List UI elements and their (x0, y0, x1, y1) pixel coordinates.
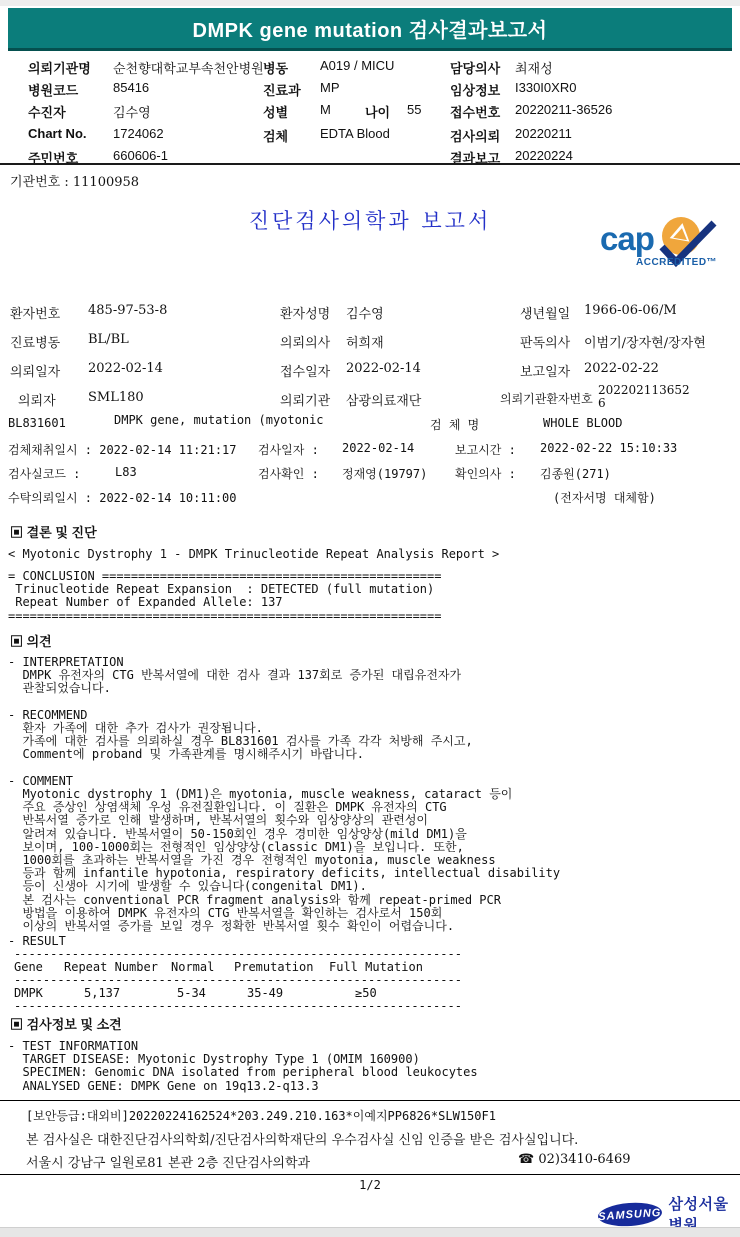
patient-value: 2022-02-14 (88, 361, 163, 376)
conclusion-text: = CONCLUSION ===========================… (8, 570, 441, 623)
field-label-sex: 성별 (263, 102, 288, 121)
specimen-name-value: WHOLE BLOOD (543, 416, 622, 430)
field-value-specimen-type: EDTA Blood (320, 126, 390, 141)
cap-accredited-logo: cap ACCREDITED™ (600, 220, 732, 278)
field-label-chart-no: Chart No. (28, 126, 87, 141)
confirm-doctor-label: 확인의사 : (455, 465, 516, 482)
field-value-examinee: 김수영 (113, 102, 151, 121)
conclusion-subtitle: < Myotonic Dystrophy 1 - DMPK Trinucleot… (8, 547, 499, 561)
patient-value: SML180 (88, 390, 144, 405)
footer-divider-line (0, 1100, 740, 1101)
result-repeat-number: 5,137 (84, 986, 120, 1000)
section-heading-opinion: ▣ 의견 (10, 631, 52, 650)
result-divider: ----------------------------------------… (14, 973, 462, 987)
patient-label: 판독의사 (520, 332, 570, 351)
field-value-test-request-date: 20220211 (515, 126, 572, 141)
page-number: 1/2 (0, 1178, 740, 1192)
field-value-age: 55 (407, 102, 421, 117)
section-heading-conclusion: ▣ 결론 및 진단 (10, 522, 97, 541)
test-date-label: 검사일자 : (258, 441, 319, 458)
lab-code-label: 검사실코드 : (8, 465, 80, 482)
field-label-dept: 진료과 (263, 80, 301, 99)
patient-value: 이범기/장자현/장자현 (584, 332, 706, 351)
patient-label: 의뢰기관환자번호 (500, 390, 593, 407)
patient-label: 환자성명 (280, 303, 330, 322)
field-label-age: 나이 (365, 102, 390, 121)
section-heading-test-info: ▣ 검사정보 및 소견 (10, 1014, 122, 1033)
patient-label: 환자번호 (10, 303, 60, 322)
accreditation-statement: 본 검사실은 대한진단검사의학회/진단검사의학재단의 우수검사실 신임 인증을 … (26, 1129, 578, 1148)
field-label-hospital-code: 병원코드 (28, 80, 78, 99)
cap-accredited-text: ACCREDITED™ (636, 257, 717, 268)
cap-checkmark-icon (600, 220, 732, 278)
specimen-name-label: 검 체 명 (430, 416, 479, 433)
result-normal-range: 5-34 (177, 986, 206, 1000)
field-value-clinical-info: I330I0XR0 (515, 80, 576, 95)
field-label-doctor: 담당의사 (450, 58, 500, 77)
test-code: BL831601 (8, 416, 66, 430)
field-label-receipt-no: 접수번호 (450, 102, 500, 121)
field-label-clinical-info: 임상정보 (450, 80, 500, 99)
patient-label: 의뢰일자 (10, 361, 60, 380)
department-report-title: 진단검사의학과 보고서 (249, 209, 492, 233)
opinion-text: - INTERPRETATION DMPK 유전자의 CTG 반복서열에 대한 … (8, 656, 560, 933)
result-col-premutation: Premutation (234, 960, 313, 974)
patient-label: 의뢰기관 (280, 390, 330, 409)
security-line: [보안등급:대외비]20220224162524*203.249.210.163… (26, 1107, 496, 1124)
verify-label: 검사확인 : (258, 465, 319, 482)
test-date-value: 2022-02-14 (342, 441, 414, 455)
patient-value: 1966-06-06/M (584, 303, 677, 318)
result-premutation-range: 35-49 (247, 986, 283, 1000)
patient-label: 의뢰의사 (280, 332, 330, 351)
field-label-test-request-date: 검사의뢰 (450, 126, 500, 145)
test-info-text: - TEST INFORMATION TARGET DISEASE: Myoto… (8, 1040, 478, 1093)
top-gray-strip (0, 0, 740, 6)
esignature-note: (전자서명 대체함) (553, 489, 656, 506)
field-value-hospital-code: 85416 (113, 80, 149, 95)
patient-value: 삼광의료재단 (346, 390, 421, 409)
patient-value: 허희재 (346, 332, 384, 351)
patient-value: 485-97-53-8 (88, 303, 167, 318)
org-number-line: 기관번호 : 11100958 (10, 171, 139, 190)
lab-code-value: L83 (115, 465, 137, 479)
result-fullmutation-range: ≥50 (355, 986, 377, 1000)
lab-report-page: DMPK gene mutation 검사결과보고서 의뢰기관명 순천향대학교부… (0, 0, 740, 1237)
result-col-repeat: Repeat Number (64, 960, 158, 974)
report-time-label: 보고시간 : (455, 441, 516, 458)
field-value-chart-no: 1724062 (113, 126, 164, 141)
result-divider: ----------------------------------------… (14, 947, 462, 961)
patient-label: 생년월일 (520, 303, 570, 322)
header-divider-line (0, 163, 740, 165)
result-divider: ----------------------------------------… (14, 999, 462, 1013)
report-title-bar: DMPK gene mutation 검사결과보고서 (8, 8, 732, 51)
bottom-gray-strip (0, 1227, 740, 1237)
verify-value: 정재영(19797) (342, 465, 427, 482)
report-time-value: 2022-02-22 15:10:33 (540, 441, 677, 455)
patient-label: 진료병동 (10, 332, 60, 351)
report-title: DMPK gene mutation 검사결과보고서 (193, 14, 548, 43)
field-value-sex: M (320, 102, 331, 117)
field-value-doctor: 최재성 (515, 58, 553, 77)
patient-value: BL/BL (88, 332, 129, 347)
test-name: DMPK gene, mutation (myotonic (114, 413, 324, 427)
confirm-doctor-value: 김종원(271) (540, 465, 611, 482)
field-label-ward: 병동 (263, 58, 288, 77)
result-col-fullmutation: Full Mutation (329, 960, 423, 974)
patient-label: 접수일자 (280, 361, 330, 380)
field-label-specimen-type: 검체 (263, 126, 288, 145)
page-divider-line (0, 1174, 740, 1175)
field-value-receipt-no: 20220211-36526 (515, 102, 612, 117)
patient-value: 2022-02-14 (346, 361, 421, 376)
field-value-resident-no: 660606-1 (113, 148, 168, 163)
patient-value: 2022021136526 (598, 384, 690, 410)
samsung-logo-icon: SAMSUNG (597, 1200, 662, 1227)
field-value-dept: MP (320, 80, 340, 95)
collected-datetime: 검체채취일시 : 2022-02-14 11:21:17 (8, 441, 237, 458)
lab-phone: ☎ 02)3410-6469 (518, 1152, 631, 1167)
result-gene: DMPK (14, 986, 43, 1000)
field-value-ward: A019 / MICU (320, 58, 394, 73)
field-value-order-org: 순천향대학교부속천안병원 (113, 58, 264, 77)
patient-label: 의뢰자 (18, 390, 56, 409)
field-value-result-report-date: 20220224 (515, 148, 573, 163)
field-label-examinee: 수진자 (28, 102, 66, 121)
result-label: - RESULT (8, 934, 66, 948)
patient-value: 김수영 (346, 303, 384, 322)
result-col-normal: Normal (171, 960, 214, 974)
request-datetime: 수탁의뢰일시 : 2022-02-14 10:11:00 (8, 489, 237, 506)
result-col-gene: Gene (14, 960, 43, 974)
samsung-logo-text: SAMSUNG (598, 1206, 662, 1222)
patient-label: 보고일자 (520, 361, 570, 380)
field-label-order-org: 의뢰기관명 (28, 58, 91, 77)
patient-value: 2022-02-22 (584, 361, 659, 376)
lab-address: 서울시 강남구 일원로81 본관 2층 진단검사의학과 (26, 1152, 310, 1171)
